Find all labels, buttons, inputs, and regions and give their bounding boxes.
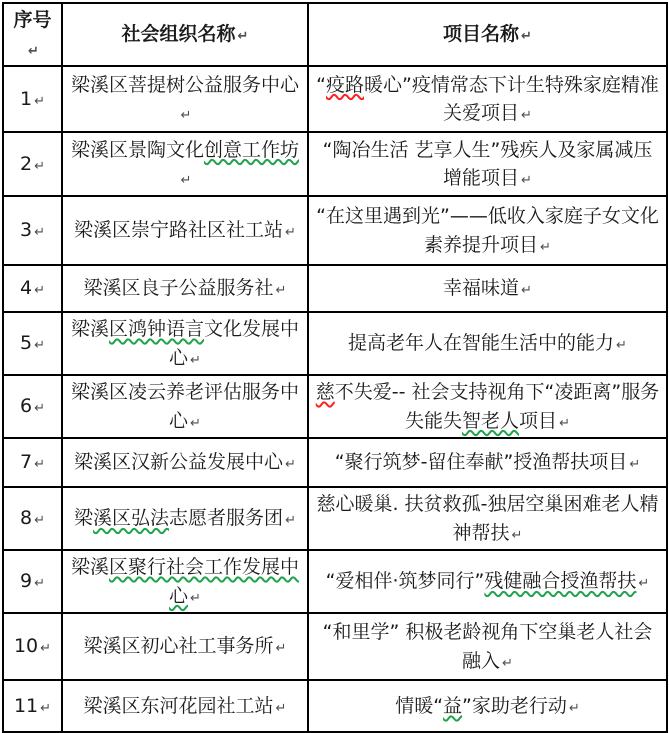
cell-index: 5↵	[3, 312, 62, 375]
paragraph-mark-icon: ↵	[34, 159, 45, 174]
cell-index: 2↵	[3, 132, 62, 196]
paragraph-mark-icon: ↵	[521, 283, 532, 298]
cell-index: 10↵	[3, 613, 62, 680]
row-number: 3	[20, 219, 32, 241]
text-segment: 梁溪区汉新公益发展中心	[74, 451, 283, 473]
cell-project: 慈心暖巢. 扶贫救孤-独居空巢困难老人精神帮扶↵	[308, 487, 667, 550]
table-header: 序号↵ 社会组织名称↵ 项目名称↵	[3, 3, 667, 66]
cell-index: 4↵	[3, 265, 62, 312]
cell-organization: 梁溪区景陶文化创意工作坊↵	[62, 132, 308, 196]
cell-index: 8↵	[3, 487, 62, 550]
text-segment: “爱相伴·筑梦同行”	[326, 570, 485, 592]
table-row: 3↵梁溪区崇宁路社区社工站↵“在这里遇到光”——低收入家庭子女文化素养提升项目↵	[3, 196, 667, 265]
row-number: 2	[20, 153, 32, 175]
cell-project: “陶冶生活 艺享人生”残疾人及家属减压增能项目↵	[308, 132, 667, 196]
paragraph-mark-icon: ↵	[521, 173, 532, 188]
paragraph-mark-icon: ↵	[190, 591, 201, 606]
text-segment: 慈心暖巢. 扶贫救孤-独居空巢困难老人精神帮扶	[317, 493, 659, 544]
table-row: 6↵梁溪区凌云养老评估服务中心↵慈不失爱-- 社会支持视角下“凌距离”服务失能失…	[3, 375, 667, 438]
text-segment: 梁溪区崇宁路社区社工站	[74, 219, 283, 241]
cell-index: 7↵	[3, 438, 62, 487]
paragraph-mark-icon: ↵	[285, 457, 296, 472]
paragraph-mark-icon: ↵	[34, 401, 45, 416]
text-segment: 幸福味道	[443, 277, 519, 299]
row-number: 5	[20, 332, 32, 354]
text-segment: 梁溪区凌云养老评估服务中心	[71, 381, 299, 432]
header-row: 序号↵ 社会组织名称↵ 项目名称↵	[3, 3, 667, 66]
paragraph-mark-icon: ↵	[28, 44, 39, 59]
spellcheck-green-segment: 区鸿钟语言	[109, 318, 204, 340]
table-row: 8↵梁溪区弘法志愿者服务团↵慈心暖巢. 扶贫救孤-独居空巢困难老人精神帮扶↵	[3, 487, 667, 550]
cell-organization: 梁溪区汉新公益发展中心↵	[62, 438, 308, 487]
row-number: 8	[20, 507, 32, 529]
organizations-projects-table: 序号↵ 社会组织名称↵ 项目名称↵ 1↵梁溪区菩提树公益服务中心↵“疫路暖心”疫…	[2, 2, 668, 733]
spellcheck-green-segment: 益	[443, 695, 462, 717]
paragraph-mark-icon: ↵	[512, 528, 523, 543]
paragraph-mark-icon: ↵	[616, 338, 627, 353]
text-segment: 提高老年人在智能生活中的能力	[348, 332, 614, 354]
row-number: 1	[20, 88, 32, 110]
paragraph-mark-icon: ↵	[40, 701, 51, 716]
paragraph-mark-icon: ↵	[276, 641, 287, 656]
paragraph-mark-icon: ↵	[638, 576, 649, 591]
cell-project: “在这里遇到光”——低收入家庭子女文化素养提升项目↵	[308, 196, 667, 265]
cell-project: 慈不失爱-- 社会支持视角下“凌距离”服务失能失智老人项目↵	[308, 375, 667, 438]
spellcheck-red-segment: 疫路	[326, 74, 364, 96]
table-row: 10↵梁溪区初心社工事务所↵“和里学” 积极老龄视角下空巢老人社会融入↵	[3, 613, 667, 680]
text-segment: “在这里遇到光”——低收入家庭子女文化素养提升项目	[316, 205, 659, 256]
header-label: 社会组织名称	[122, 23, 236, 45]
spellcheck-green-segment: 创意工作坊	[204, 139, 299, 161]
table-row: 1↵梁溪区菩提树公益服务中心↵“疫路暖心”疫情常态下计生特殊家庭精准关爱项目↵	[3, 66, 667, 132]
header-cell-project: 项目名称↵	[308, 3, 667, 66]
cell-project: 幸福味道↵	[308, 265, 667, 312]
text-segment: 情暖“	[395, 695, 443, 717]
cell-organization: 梁溪区凌云养老评估服务中心↵	[62, 375, 308, 438]
text-segment: “聚行筑梦-留住奉献”授渔帮扶项目	[335, 451, 628, 473]
cell-project: “爱相伴·筑梦同行”残健融合授渔帮扶↵	[308, 550, 667, 613]
paragraph-mark-icon: ↵	[34, 94, 45, 109]
cell-index: 3↵	[3, 196, 62, 265]
row-number: 11	[14, 695, 38, 717]
cell-index: 11↵	[3, 680, 62, 732]
header-cell-index: 序号↵	[3, 3, 62, 66]
cell-organization: 梁溪区聚行社会工作发展中心↵	[62, 550, 308, 613]
text-segment: 暖心”疫情常态下计生特殊家庭精准关爱项目	[364, 74, 659, 125]
text-segment: 梁溪	[71, 556, 109, 578]
row-number: 9	[20, 570, 32, 592]
text-segment: 梁溪区良子公益服务社	[84, 277, 274, 299]
header-label: 序号	[13, 9, 51, 31]
table-row: 7↵梁溪区汉新公益发展中心↵“聚行筑梦-留住奉献”授渔帮扶项目↵	[3, 438, 667, 487]
row-number: 6	[20, 395, 32, 417]
paragraph-mark-icon: ↵	[521, 29, 532, 44]
spellcheck-green-segment: 残健融合授渔帮扶	[484, 570, 636, 592]
paragraph-mark-icon: ↵	[34, 513, 45, 528]
text-segment: 梁溪区东河花园社工站	[84, 695, 274, 717]
paragraph-mark-icon: ↵	[190, 416, 201, 431]
paragraph-mark-icon: ↵	[276, 283, 287, 298]
text-segment: 梁溪区菩提树公益服务中心	[71, 74, 299, 96]
spellcheck-green-segment: 区聚行社会工作发展中心	[109, 556, 299, 607]
cell-project: “和里学” 积极老龄视角下空巢老人社会融入↵	[308, 613, 667, 680]
cell-organization: 梁溪区初心社工事务所↵	[62, 613, 308, 680]
paragraph-mark-icon: ↵	[34, 338, 45, 353]
paragraph-mark-icon: ↵	[285, 225, 296, 240]
cell-organization: 梁溪区崇宁路社区社工站↵	[62, 196, 308, 265]
document-page: 序号↵ 社会组织名称↵ 项目名称↵ 1↵梁溪区菩提树公益服务中心↵“疫路暖心”疫…	[0, 0, 669, 685]
table-row: 5↵梁溪区鸿钟语言文化发展中心↵提高老年人在智能生活中的能力↵	[3, 312, 667, 375]
cell-organization: 梁溪区良子公益服务社↵	[62, 265, 308, 312]
text-segment: 梁	[74, 507, 93, 529]
paragraph-mark-icon: ↵	[34, 576, 45, 591]
text-segment: 梁溪区初心社工事务所	[84, 635, 274, 657]
text-segment: “和里学” 积极老龄视角下空巢老人社会融入	[323, 621, 653, 672]
paragraph-mark-icon: ↵	[34, 225, 45, 240]
paragraph-mark-icon: ↵	[540, 240, 551, 255]
cell-index: 6↵	[3, 375, 62, 438]
paragraph-mark-icon: ↵	[629, 457, 640, 472]
paragraph-mark-icon: ↵	[181, 108, 192, 123]
paragraph-mark-icon: ↵	[190, 353, 201, 368]
table-row: 4↵梁溪区良子公益服务社↵幸福味道↵	[3, 265, 667, 312]
cell-project: “聚行筑梦-留住奉献”授渔帮扶项目↵	[308, 438, 667, 487]
row-number: 10	[14, 635, 38, 657]
paragraph-mark-icon: ↵	[276, 701, 287, 716]
spellcheck-red-segment: 慈	[316, 381, 335, 403]
text-segment: ”家助老行动	[462, 695, 567, 717]
table-row: 2↵梁溪区景陶文化创意工作坊↵“陶冶生活 艺享人生”残疾人及家属减压增能项目↵	[3, 132, 667, 196]
spellcheck-green-segment: 智老人	[462, 410, 519, 432]
paragraph-mark-icon: ↵	[40, 641, 51, 656]
cell-project: “疫路暖心”疫情常态下计生特殊家庭精准关爱项目↵	[308, 66, 667, 132]
cell-index: 1↵	[3, 66, 62, 132]
paragraph-mark-icon: ↵	[34, 283, 45, 298]
text-segment: “	[316, 74, 326, 96]
paragraph-mark-icon: ↵	[559, 416, 570, 431]
table-row: 11↵梁溪区东河花园社工站↵情暖“益”家助老行动↵	[3, 680, 667, 732]
paragraph-mark-icon: ↵	[569, 701, 580, 716]
cell-index: 9↵	[3, 550, 62, 613]
cell-organization: 梁溪区鸿钟语言文化发展中心↵	[62, 312, 308, 375]
text-segment: 梁溪区景陶文化	[71, 139, 204, 161]
header-label: 项目名称	[443, 23, 519, 45]
text-segment: 项目	[519, 410, 557, 432]
text-segment: 志愿者服务团	[169, 507, 283, 529]
table-body: 1↵梁溪区菩提树公益服务中心↵“疫路暖心”疫情常态下计生特殊家庭精准关爱项目↵2…	[3, 66, 667, 732]
paragraph-mark-icon: ↵	[181, 173, 192, 188]
table-row: 9↵梁溪区聚行社会工作发展中心↵“爱相伴·筑梦同行”残健融合授渔帮扶↵	[3, 550, 667, 613]
paragraph-mark-icon: ↵	[238, 29, 249, 44]
text-segment: 梁溪	[71, 318, 109, 340]
cell-project: 提高老年人在智能生活中的能力↵	[308, 312, 667, 375]
row-number: 4	[20, 277, 32, 299]
cell-organization: 梁溪区东河花园社工站↵	[62, 680, 308, 732]
text-segment: “陶冶生活 艺享人生”残疾人及家属减压增能项目	[323, 139, 653, 190]
paragraph-mark-icon: ↵	[521, 108, 532, 123]
cell-organization: 梁溪区菩提树公益服务中心↵	[62, 66, 308, 132]
paragraph-mark-icon: ↵	[34, 457, 45, 472]
paragraph-mark-icon: ↵	[285, 513, 296, 528]
cell-project: 情暖“益”家助老行动↵	[308, 680, 667, 732]
paragraph-mark-icon: ↵	[502, 656, 513, 671]
cell-organization: 梁溪区弘法志愿者服务团↵	[62, 487, 308, 550]
row-number: 7	[20, 451, 32, 473]
header-cell-organization: 社会组织名称↵	[62, 3, 308, 66]
spellcheck-green-segment: 溪区弘法	[93, 507, 169, 529]
